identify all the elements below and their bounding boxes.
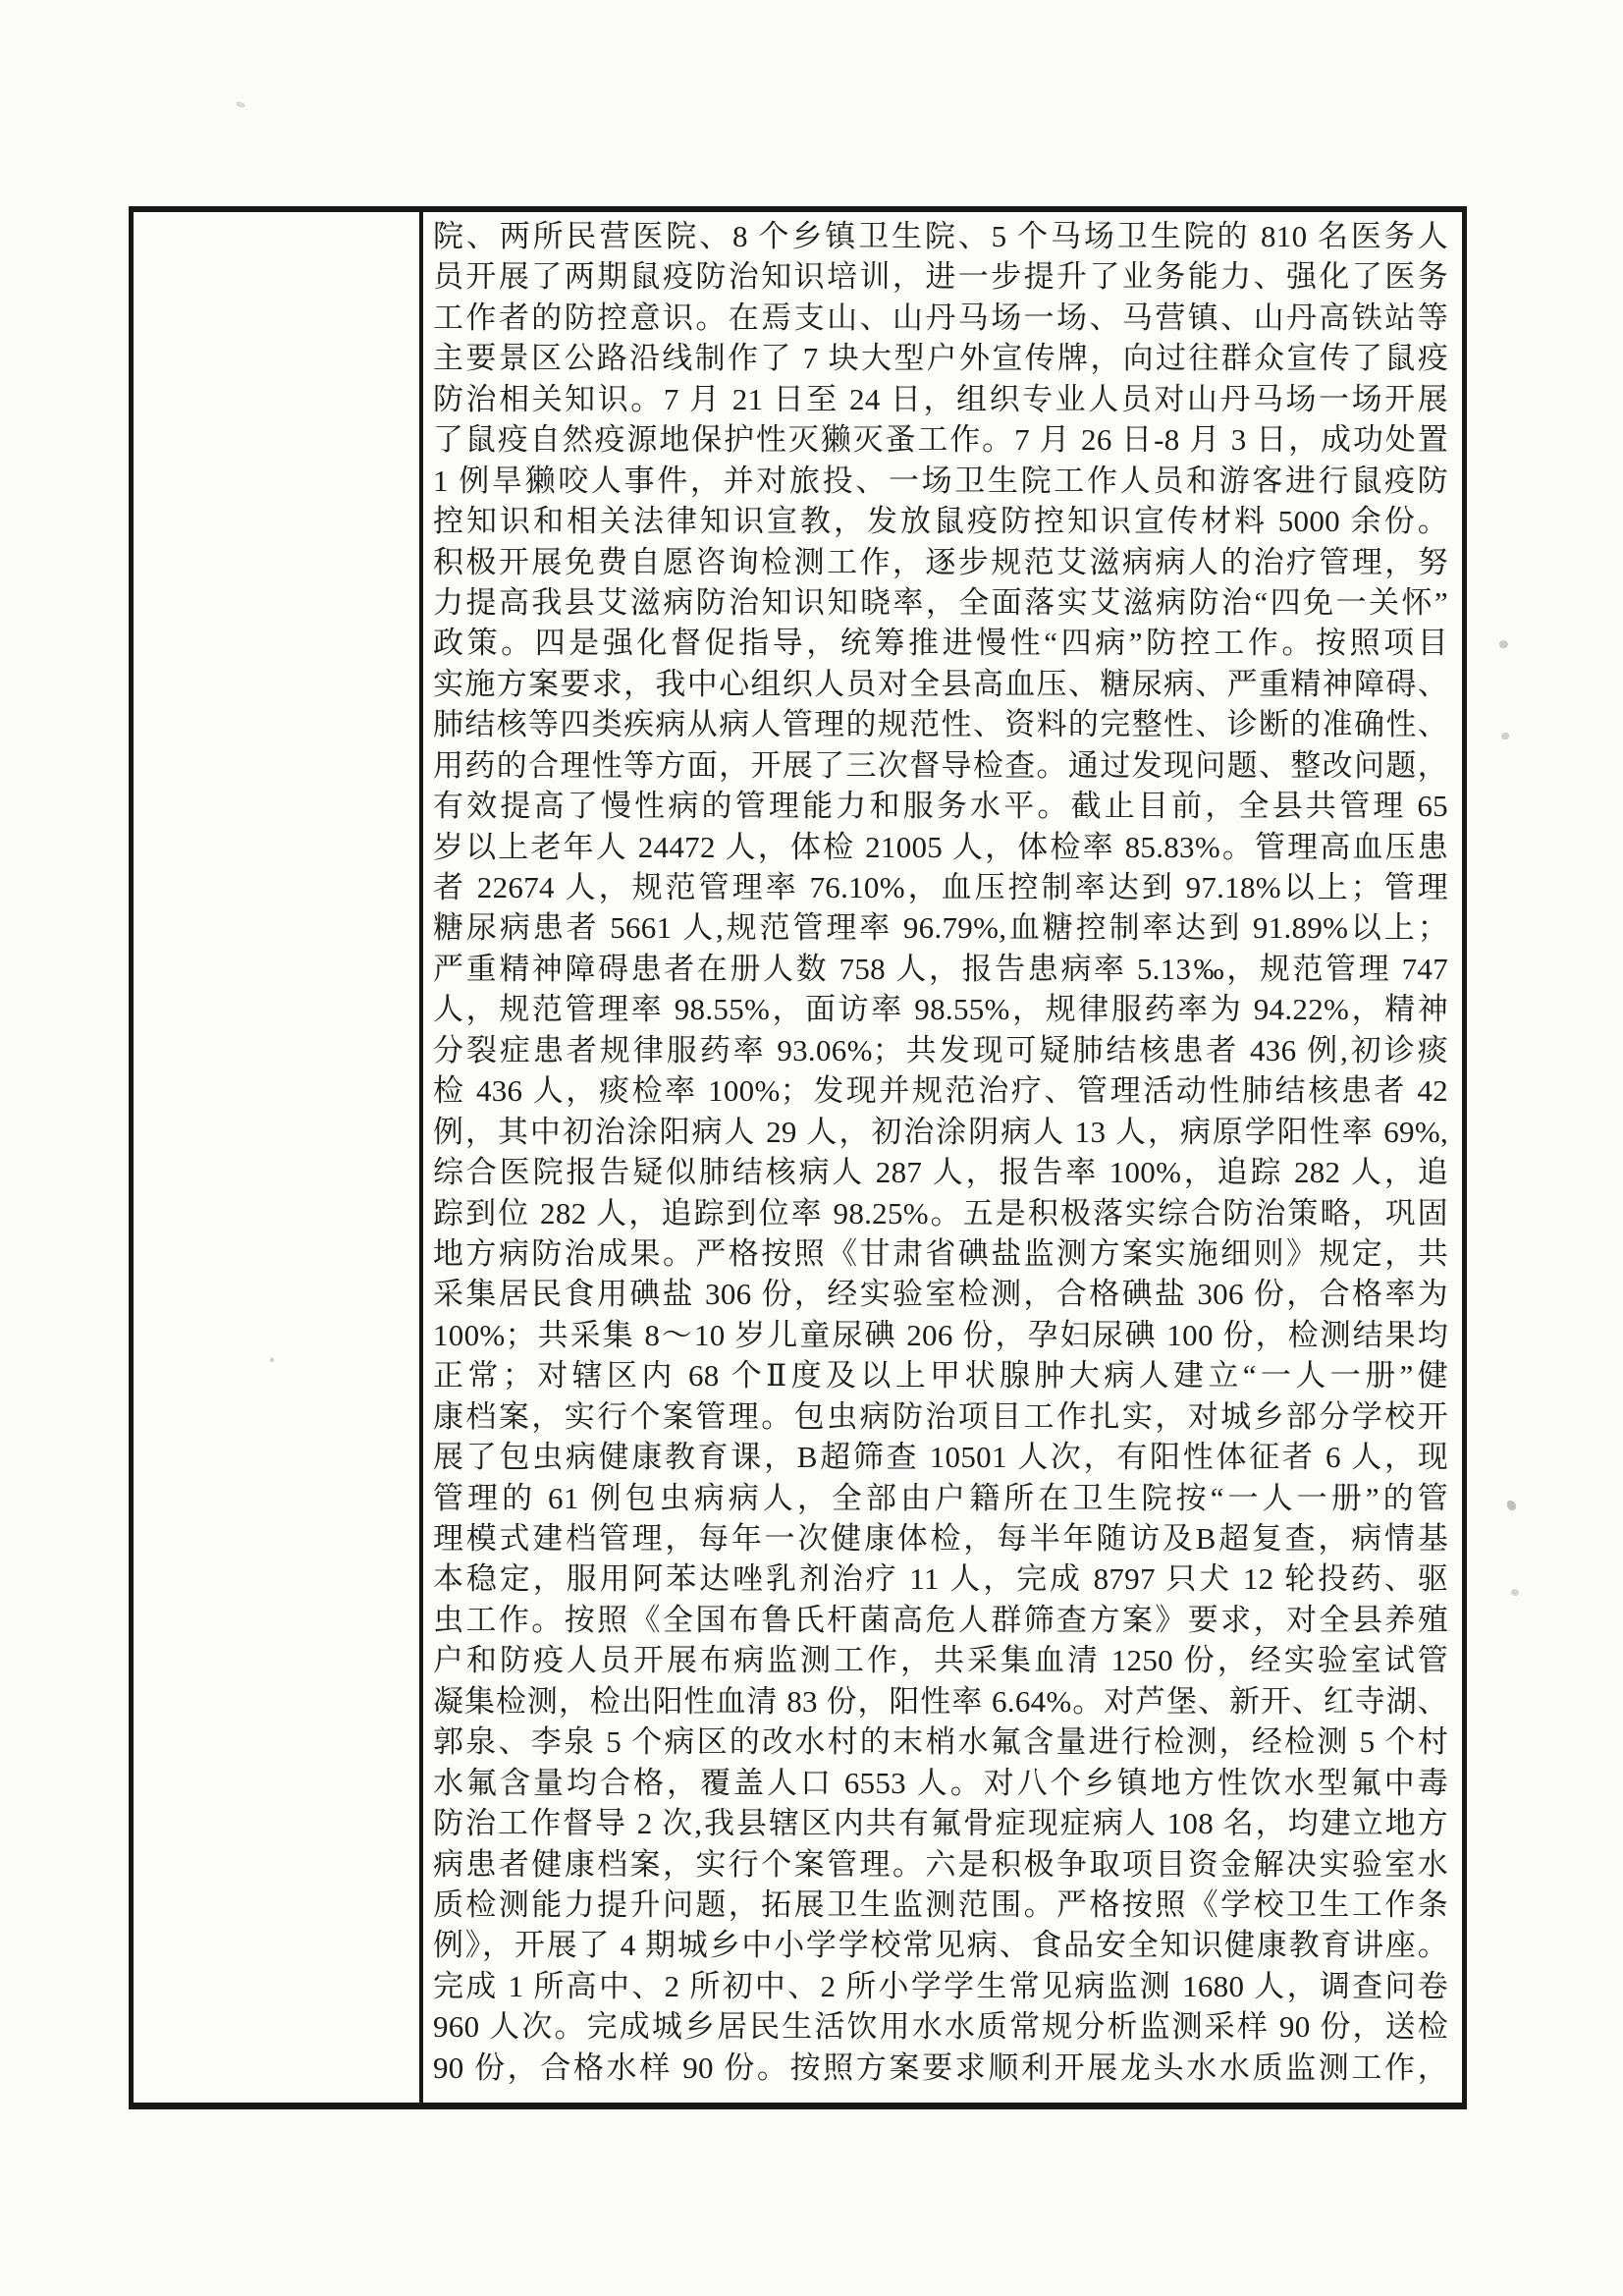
report-text-line: 郭泉、李泉 5 个病区的改水村的末梢水氟含量进行检测，经检测 5 个村 — [433, 1722, 1448, 1762]
report-text-line: 户和防疫人员开展布病监测工作，共采集血清 1250 份，经实验室试管 — [433, 1640, 1448, 1680]
report-text-line: 水氟含量均合格，覆盖人口 6553 人。对八个乡镇地方性饮水型氟中毒 — [433, 1763, 1448, 1803]
report-text-line: 院、两所民营医院、8 个乡镇卫生院、5 个马场卫生院的 810 名医务人 — [433, 216, 1448, 256]
report-text-line: 员开展了两期鼠疫防治知识培训，进一步提升了业务能力、强化了医务 — [433, 256, 1448, 297]
table-cell-body: 院、两所民营医院、8 个乡镇卫生院、5 个马场卫生院的 810 名医务人员开展了… — [423, 212, 1462, 2103]
report-text-line: 1 例旱獭咬人事件，并对旅投、一场卫生院工作人员和游客进行鼠疫防 — [433, 461, 1448, 501]
report-text-line: 展了包虫病健康教育课，B超筛查 10501 人次，有阳性体征者 6 人，现 — [433, 1437, 1448, 1477]
report-text-line: 采集居民食用碘盐 306 份，经实验室检测，合格碘盐 306 份，合格率为 — [433, 1274, 1448, 1314]
report-text-line: 肺结核等四类疾病从病人管理的规范性、资料的完整性、诊断的准确性、 — [433, 704, 1448, 744]
report-table: 院、两所民营医院、8 个乡镇卫生院、5 个马场卫生院的 810 名医务人员开展了… — [129, 206, 1467, 2109]
report-text-line: 严重精神障碍患者在册人数 758 人，报告患病率 5.13‰，规范管理 747 — [433, 949, 1448, 989]
report-text-line: 完成 1 所高中、2 所初中、2 所小学学生常见病监测 1680 人，调查问卷 — [433, 1966, 1448, 2006]
report-text-line: 凝集检测，检出阳性血清 83 份，阳性率 6.64%。对芦堡、新开、红寺湖、 — [433, 1681, 1448, 1722]
report-text-line: 质检测能力提升问题，拓展卫生监测范围。严格按照《学校卫生工作条 — [433, 1885, 1448, 1925]
report-text-line: 者 22674 人，规范管理率 76.10%，血压控制率达到 97.18%以上；… — [433, 867, 1448, 907]
scan-speck — [235, 100, 245, 108]
scan-speck — [1498, 639, 1509, 649]
report-text-line: 综合医院报告疑似肺结核病人 287 人，报告率 100%，追踪 282 人，追 — [433, 1152, 1448, 1192]
report-text-line: 有效提高了慢性病的管理能力和服务水平。截止目前，全县共管理 65 — [433, 786, 1448, 826]
report-text-line: 理模式建档管理，每年一次健康体检，每半年随访及B超复查，病情基 — [433, 1518, 1448, 1558]
report-text-line: 人，规范管理率 98.55%，面访率 98.55%，规律服药率为 94.22%，… — [433, 989, 1448, 1029]
report-text-line: 例》，开展了 4 期城乡中小学学校常见病、食品安全知识健康教育讲座。 — [433, 1925, 1448, 1965]
report-text-line: 工作者的防控意识。在焉支山、山丹马场一场、马营镇、山丹高铁站等 — [433, 298, 1448, 338]
report-text-line: 地方病防治成果。严格按照《甘肃省碘盐监测方案实施细则》规定，共 — [433, 1233, 1448, 1274]
report-text-line: 糖尿病患者 5661 人,规范管理率 96.79%,血糖控制率达到 91.89%… — [433, 907, 1448, 948]
report-text-line: 力提高我县艾滋病防治知识知晓率，全面落实艾滋病防治“四免一关怀” — [433, 582, 1448, 623]
report-text-line: 正常；对辖区内 68 个Ⅱ度及以上甲状腺肿大病人建立“一人一册”健 — [433, 1355, 1448, 1395]
report-text-line: 积极开展免费自愿咨询检测工作，逐步规范艾滋病病人的治疗管理，努 — [433, 542, 1448, 582]
scan-speck — [270, 1358, 274, 1362]
report-text-line: 了鼠疫自然疫源地保护性灭獭灭蚤工作。7 月 26 日-8 月 3 日，成功处置 — [433, 419, 1448, 460]
scan-speck — [1507, 1501, 1516, 1510]
scan-speck — [1501, 733, 1509, 739]
report-text-line: 虫工作。按照《全国布鲁氏杆菌高危人群筛查方案》要求，对全县养殖 — [433, 1600, 1448, 1640]
report-text-line: 分裂症患者规律服药率 93.06%；共发现可疑肺结核患者 436 例,初诊痰 — [433, 1030, 1448, 1070]
report-text-line: 康档案，实行个案管理。包虫病防治项目工作扎实，对城乡部分学校开 — [433, 1396, 1448, 1437]
report-text-line: 控知识和相关法律知识宣教，发放鼠疫防控知识宣传材料 5000 余份。 — [433, 501, 1448, 541]
report-text-line: 防治相关知识。7 月 21 日至 24 日，组织专业人员对山丹马场一场开展 — [433, 379, 1448, 419]
scanned-document-page: 院、两所民营医院、8 个乡镇卫生院、5 个马场卫生院的 810 名医务人员开展了… — [0, 0, 1623, 2296]
report-text-line: 960 人次。完成城乡居民生活饮用水水质常规分析监测采样 90 份，送检 — [433, 2006, 1448, 2047]
report-text-line: 实施方案要求，我中心组织人员对全县高血压、糖尿病、严重精神障碍、 — [433, 664, 1448, 704]
scan-speck — [1511, 1589, 1519, 1596]
report-text-line: 管理的 61 例包虫病病人，全部由户籍所在卫生院按“一人一册”的管 — [433, 1478, 1448, 1518]
report-text-line: 踪到位 282 人，追踪到位率 98.25%。五是积极落实综合防治策略，巩固 — [433, 1193, 1448, 1233]
report-text-line: 主要景区公路沿线制作了 7 块大型户外宣传牌，向过往群众宣传了鼠疫 — [433, 338, 1448, 378]
report-text-line: 100%；共采集 8～10 岁儿童尿碘 206 份，孕妇尿碘 100 份，检测结… — [433, 1315, 1448, 1355]
report-text-line: 检 436 人，痰检率 100%；发现并规范治疗、管理活动性肺结核患者 42 — [433, 1070, 1448, 1111]
report-text-line: 病患者健康档案，实行个案管理。六是积极争取项目资金解决实验室水 — [433, 1844, 1448, 1885]
report-text-line: 岁以上老年人 24472 人，体检 21005 人，体检率 85.83%。管理高… — [433, 827, 1448, 867]
report-text-line: 例，其中初治涂阳病人 29 人，初治涂阴病人 13 人，病原学阳性率 69%, — [433, 1112, 1448, 1152]
report-text-line: 用药的合理性等方面，开展了三次督导检查。通过发现问题、整改问题， — [433, 745, 1448, 786]
table-cell-label-empty — [134, 212, 423, 2103]
report-text-block: 院、两所民营医院、8 个乡镇卫生院、5 个马场卫生院的 810 名医务人员开展了… — [433, 216, 1448, 2088]
report-text-line: 本稳定，服用阿苯达唑乳剂治疗 11 人，完成 8797 只犬 12 轮投药、驱 — [433, 1558, 1448, 1599]
report-text-line: 防治工作督导 2 次,我县辖区内共有氟骨症现症病人 108 名，均建立地方 — [433, 1803, 1448, 1843]
report-text-line: 政策。四是强化督促指导，统筹推进慢性“四病”防控工作。按照项目 — [433, 623, 1448, 663]
report-text-line: 90 份，合格水样 90 份。按照方案要求顺利开展龙头水水质监测工作， — [433, 2048, 1448, 2088]
